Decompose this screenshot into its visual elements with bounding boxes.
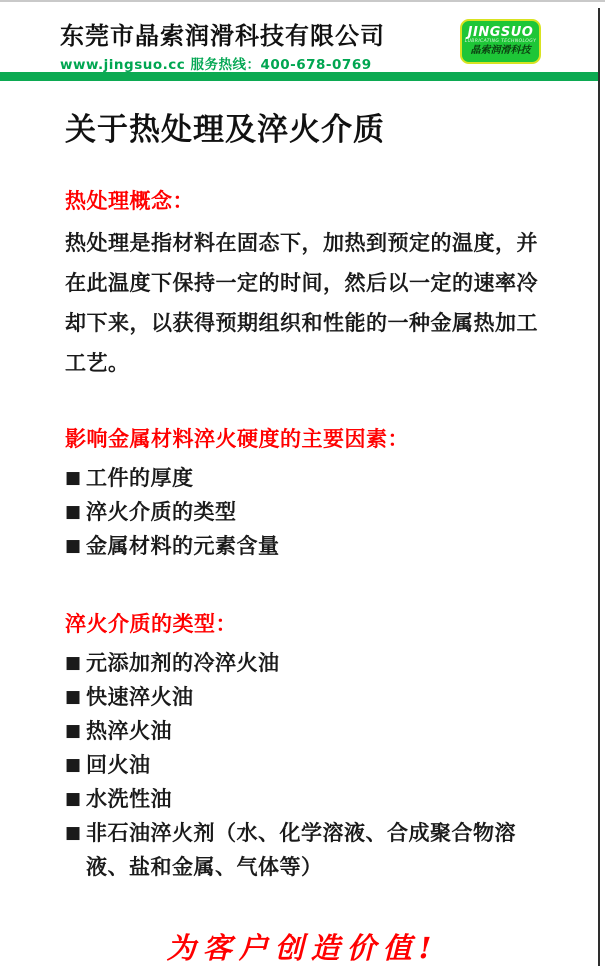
document-body: 关于热处理及淬火介质 热处理概念： 热处理是指材料在固态下，加热到预定的温度，并… bbox=[65, 110, 547, 914]
bullet-square-icon: ■ bbox=[65, 748, 82, 782]
company-block: 东莞市晶索润滑科技有限公司 www.jingsuo.cc 服务热线：400-67… bbox=[60, 22, 385, 73]
footer-slogan: 为客户创造价值! bbox=[0, 926, 605, 966]
section-paragraph: 热处理是指材料在固态下，加热到预定的温度，并在此温度下保持一定的时间，然后以一定… bbox=[65, 223, 547, 383]
page-title: 关于热处理及淬火介质 bbox=[65, 110, 547, 150]
document-page: { "page": { "bg": "#ffffff", "accent_gre… bbox=[0, 0, 605, 966]
list-item-label: 热淬火油 bbox=[86, 719, 172, 743]
logo-chinese-name: 晶索润滑科技 bbox=[471, 45, 531, 57]
bullet-square-icon: ■ bbox=[65, 680, 82, 714]
list-item-label: 非石油淬火剂（水、化学溶液、合成聚合物溶液、盐和金属、气体等） bbox=[86, 821, 516, 879]
company-name: 东莞市晶索润滑科技有限公司 bbox=[60, 22, 385, 50]
list-item-label: 回火油 bbox=[86, 753, 151, 777]
list-item-label: 元添加剂的冷淬火油 bbox=[86, 651, 280, 675]
list-item: ■热淬火油 bbox=[65, 714, 547, 748]
bullet-square-icon: ■ bbox=[65, 495, 82, 529]
section-heading: 热处理概念： bbox=[65, 186, 547, 216]
section-hardness-factors: 影响金属材料淬火硬度的主要因素： ■工件的厚度 ■淬火介质的类型 ■金属材料的元… bbox=[65, 424, 547, 563]
list-item: ■元添加剂的冷淬火油 bbox=[65, 646, 547, 680]
section-heading: 影响金属材料淬火硬度的主要因素： bbox=[65, 424, 547, 454]
company-website-hotline: www.jingsuo.cc 服务热线：400-678-0769 bbox=[60, 53, 385, 73]
section-heat-treatment-concept: 热处理概念： 热处理是指材料在固态下，加热到预定的温度，并在此温度下保持一定的时… bbox=[65, 186, 547, 383]
list-item: ■金属材料的元素含量 bbox=[65, 529, 547, 563]
section-quenching-media-types: 淬火介质的类型： ■元添加剂的冷淬火油 ■快速淬火油 ■热淬火油 ■回火油 ■水… bbox=[65, 609, 547, 884]
bullet-square-icon: ■ bbox=[65, 529, 82, 563]
bullet-square-icon: ■ bbox=[65, 782, 82, 816]
list-item-label: 淬火介质的类型 bbox=[86, 500, 237, 524]
list-item: ■回火油 bbox=[65, 748, 547, 782]
list-item: ■非石油淬火剂（水、化学溶液、合成聚合物溶液、盐和金属、气体等） bbox=[65, 816, 547, 884]
list-item-label: 金属材料的元素含量 bbox=[86, 534, 280, 558]
section-heading: 淬火介质的类型： bbox=[65, 609, 547, 639]
bullet-square-icon: ■ bbox=[65, 461, 82, 495]
bullet-square-icon: ■ bbox=[65, 714, 82, 748]
header: 东莞市晶索润滑科技有限公司 www.jingsuo.cc 服务热线：400-67… bbox=[0, 2, 605, 72]
list-item: ■水洗性油 bbox=[65, 782, 547, 816]
company-logo: JINGSUO LUBRICATING TECHNOLOGY 晶索润滑科技 bbox=[460, 19, 541, 64]
page-edge-line bbox=[598, 8, 600, 966]
header-divider-bar bbox=[0, 72, 598, 81]
list-item-label: 快速淬火油 bbox=[86, 685, 194, 709]
list-item: ■快速淬火油 bbox=[65, 680, 547, 714]
bullet-square-icon: ■ bbox=[65, 816, 82, 850]
list-item: ■淬火介质的类型 bbox=[65, 495, 547, 529]
logo-brand-text: JINGSUO bbox=[468, 26, 534, 39]
list-item: ■工件的厚度 bbox=[65, 461, 547, 495]
list-item-label: 工件的厚度 bbox=[86, 466, 194, 490]
bullet-square-icon: ■ bbox=[65, 646, 82, 680]
list-item-label: 水洗性油 bbox=[86, 787, 172, 811]
